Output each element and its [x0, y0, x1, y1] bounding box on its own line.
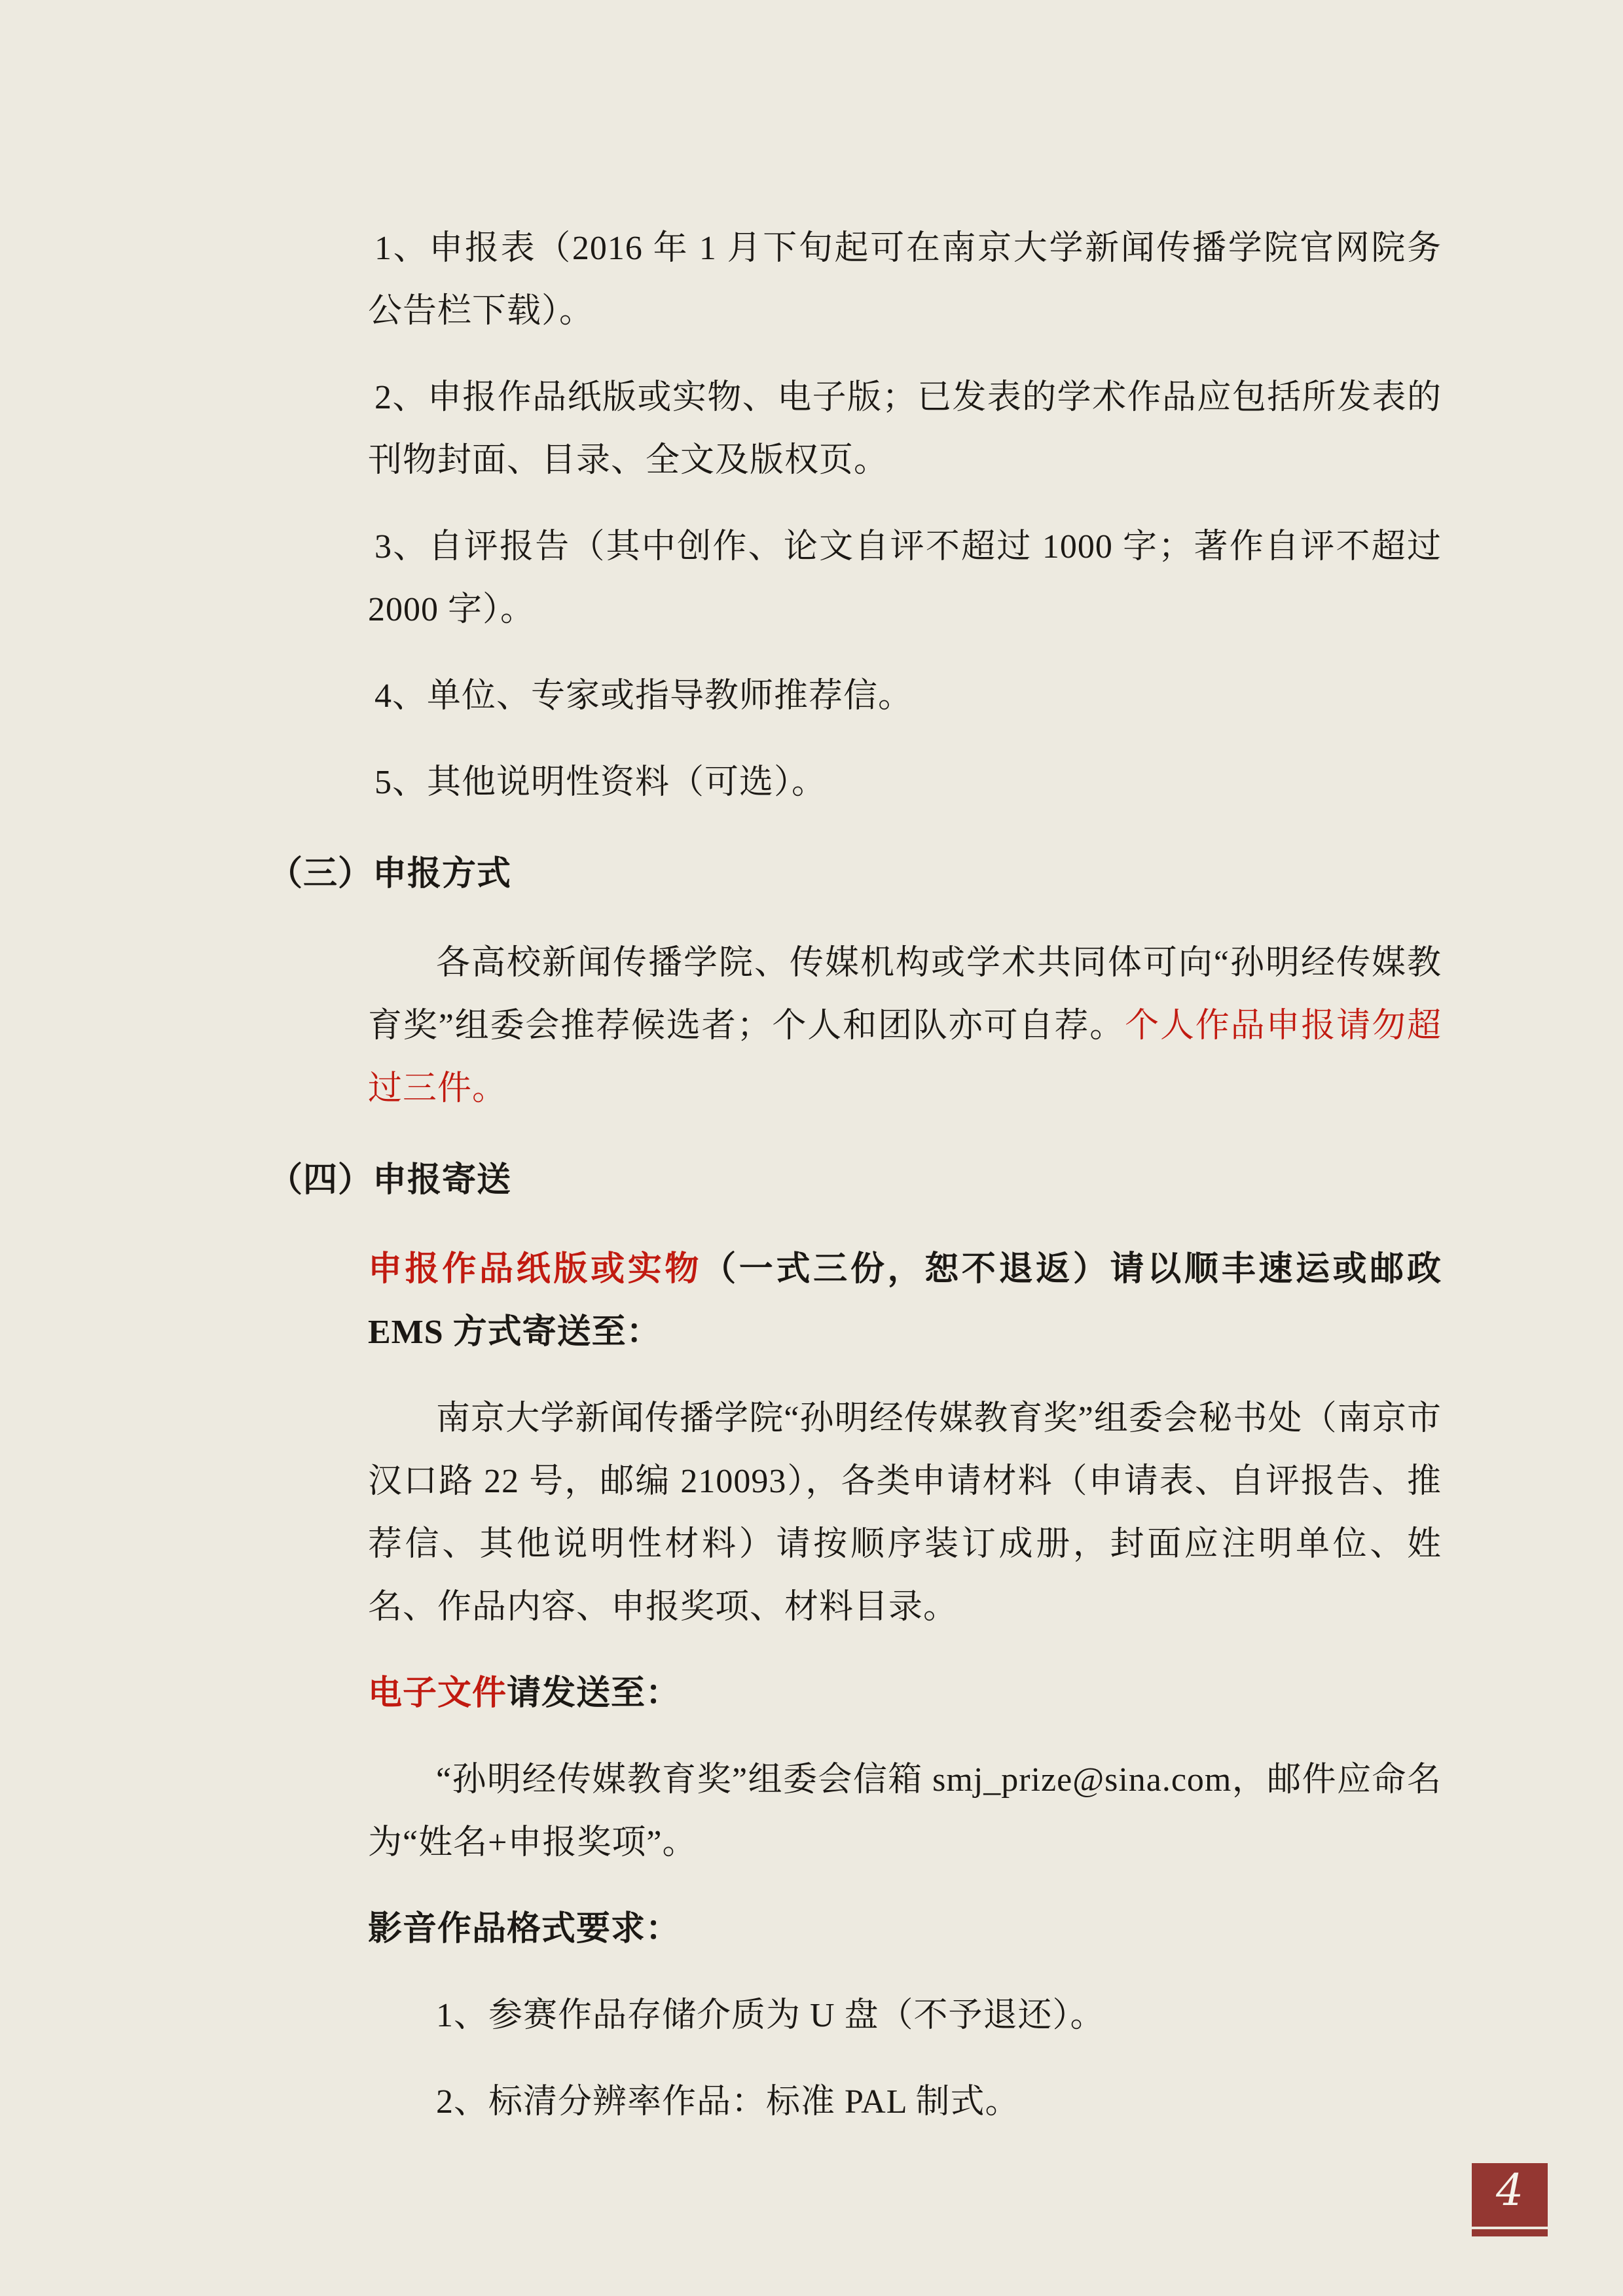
email-address: smj_prize@sina.com	[932, 1761, 1231, 1799]
section-heading: （三）申报方式	[268, 843, 1442, 906]
section-heading: （四）申报寄送	[268, 1149, 1442, 1212]
list-item: 2、标清分辨率作品：标准 PAL 制式。	[368, 2071, 1442, 2134]
text-run: （三）申报方式	[268, 855, 511, 893]
document-body: 1、申报表（2016 年 1 月下旬起可在南京大学新闻传播学院官网院务公告栏下载…	[368, 217, 1442, 2157]
text-run: 电子文件	[368, 1675, 507, 1712]
text-run: 2、标清分辨率作品：标准 PAL 制式。	[436, 2083, 1020, 2121]
page-number-strip	[1472, 2229, 1548, 2236]
text-run: 请发送至：	[507, 1675, 680, 1712]
text-run: 南京大学新闻传播学院“孙明经传媒教育奖”组委会秘书处（南京市汉口路 22 号，邮…	[368, 1400, 1442, 1626]
text-run: 1、申报表（2016 年 1 月下旬起可在南京大学新闻传播学院官网院务公告栏下载…	[368, 230, 1442, 330]
text-run: 2、申报作品纸版或实物、电子版；已发表的学术作品应包括所发表的刊物封面、目录、全…	[368, 379, 1442, 479]
text-run: 影音作品格式要求：	[368, 1910, 680, 1948]
list-item: 3、自评报告（其中创作、论文自评不超过 1000 字；著作自评不超过 2000 …	[368, 516, 1442, 641]
list-item: 2、申报作品纸版或实物、电子版；已发表的学术作品应包括所发表的刊物封面、目录、全…	[368, 367, 1442, 492]
text-run: “孙明经传媒教育奖”组委会信箱	[436, 1761, 932, 1799]
page-number: 4	[1496, 2165, 1523, 2215]
page-number-badge: 4	[1472, 2163, 1548, 2227]
paragraph: 电子文件请发送至：	[368, 1662, 1442, 1725]
list-item: 1、申报表（2016 年 1 月下旬起可在南京大学新闻传播学院官网院务公告栏下载…	[368, 217, 1442, 343]
paragraph: 影音作品格式要求：	[368, 1898, 1442, 1961]
list-item: 1、参赛作品存储介质为 U 盘（不予退还）。	[368, 1984, 1442, 2047]
paragraph: 申报作品纸版或实物（一式三份，恕不退返）请以顺丰速运或邮政 EMS 方式寄送至：	[368, 1238, 1442, 1364]
text-run: 5、其他说明性资料（可选）。	[374, 764, 826, 801]
text-run: 4、单位、专家或指导教师推荐信。	[374, 677, 913, 715]
paragraph: “孙明经传媒教育奖”组委会信箱 smj_prize@sina.com，邮件应命名…	[368, 1749, 1442, 1874]
paragraph: 各高校新闻传播学院、传媒机构或学术共同体可向“孙明经传媒教育奖”组委会推荐候选者…	[368, 932, 1442, 1121]
paragraph: 南京大学新闻传播学院“孙明经传媒教育奖”组委会秘书处（南京市汉口路 22 号，邮…	[368, 1388, 1442, 1639]
text-run: （四）申报寄送	[268, 1162, 511, 1199]
text-run: 3、自评报告（其中创作、论文自评不超过 1000 字；著作自评不超过 2000 …	[368, 528, 1442, 628]
document-page: 1、申报表（2016 年 1 月下旬起可在南京大学新闻传播学院官网院务公告栏下载…	[0, 0, 1623, 2296]
list-item: 5、其他说明性资料（可选）。	[368, 751, 1442, 814]
text-run: 1、参赛作品存储介质为 U 盘（不予退还）。	[436, 1997, 1105, 2034]
text-run: 申报作品纸版或实物	[368, 1251, 702, 1288]
list-item: 4、单位、专家或指导教师推荐信。	[368, 665, 1442, 728]
